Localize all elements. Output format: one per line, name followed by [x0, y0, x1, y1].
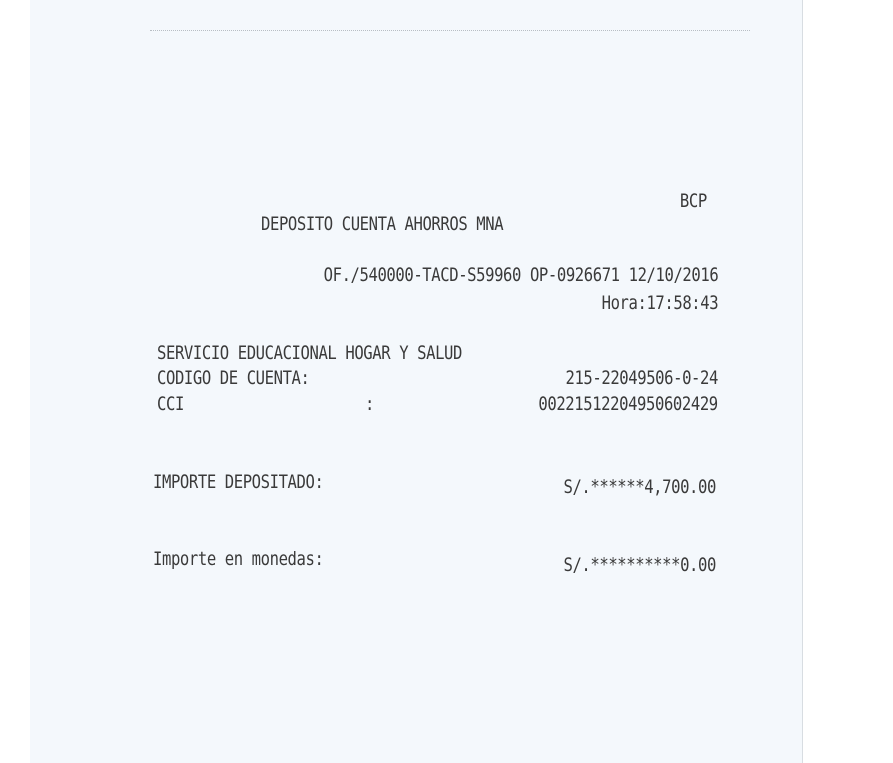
coins-amount: S/.**********0.00 — [564, 556, 716, 575]
account-code: 215-22049506-0-24 — [566, 369, 718, 388]
cci-label: CCI — [157, 395, 184, 414]
transaction-time: Hora:17:58:43 — [601, 294, 718, 313]
coins-label: Importe en monedas: — [153, 550, 323, 569]
deposit-amount: S/.******4,700.00 — [564, 478, 716, 497]
receipt-title: DEPOSITO CUENTA AHORROS MNA — [261, 215, 503, 234]
tear-line — [150, 30, 750, 31]
cci-number: 00221512204950602429 — [539, 395, 718, 414]
operation-line: OF./540000-TACD-S59960 OP-0926671 12/10/… — [323, 266, 718, 285]
account-holder: SERVICIO EDUCACIONAL HOGAR Y SALUD — [157, 344, 462, 363]
deposit-label: IMPORTE DEPOSITADO: — [153, 473, 323, 492]
cci-colon: : — [365, 395, 374, 414]
account-code-label: CODIGO DE CUENTA: — [157, 369, 309, 388]
bank-name: BCP — [680, 192, 707, 211]
